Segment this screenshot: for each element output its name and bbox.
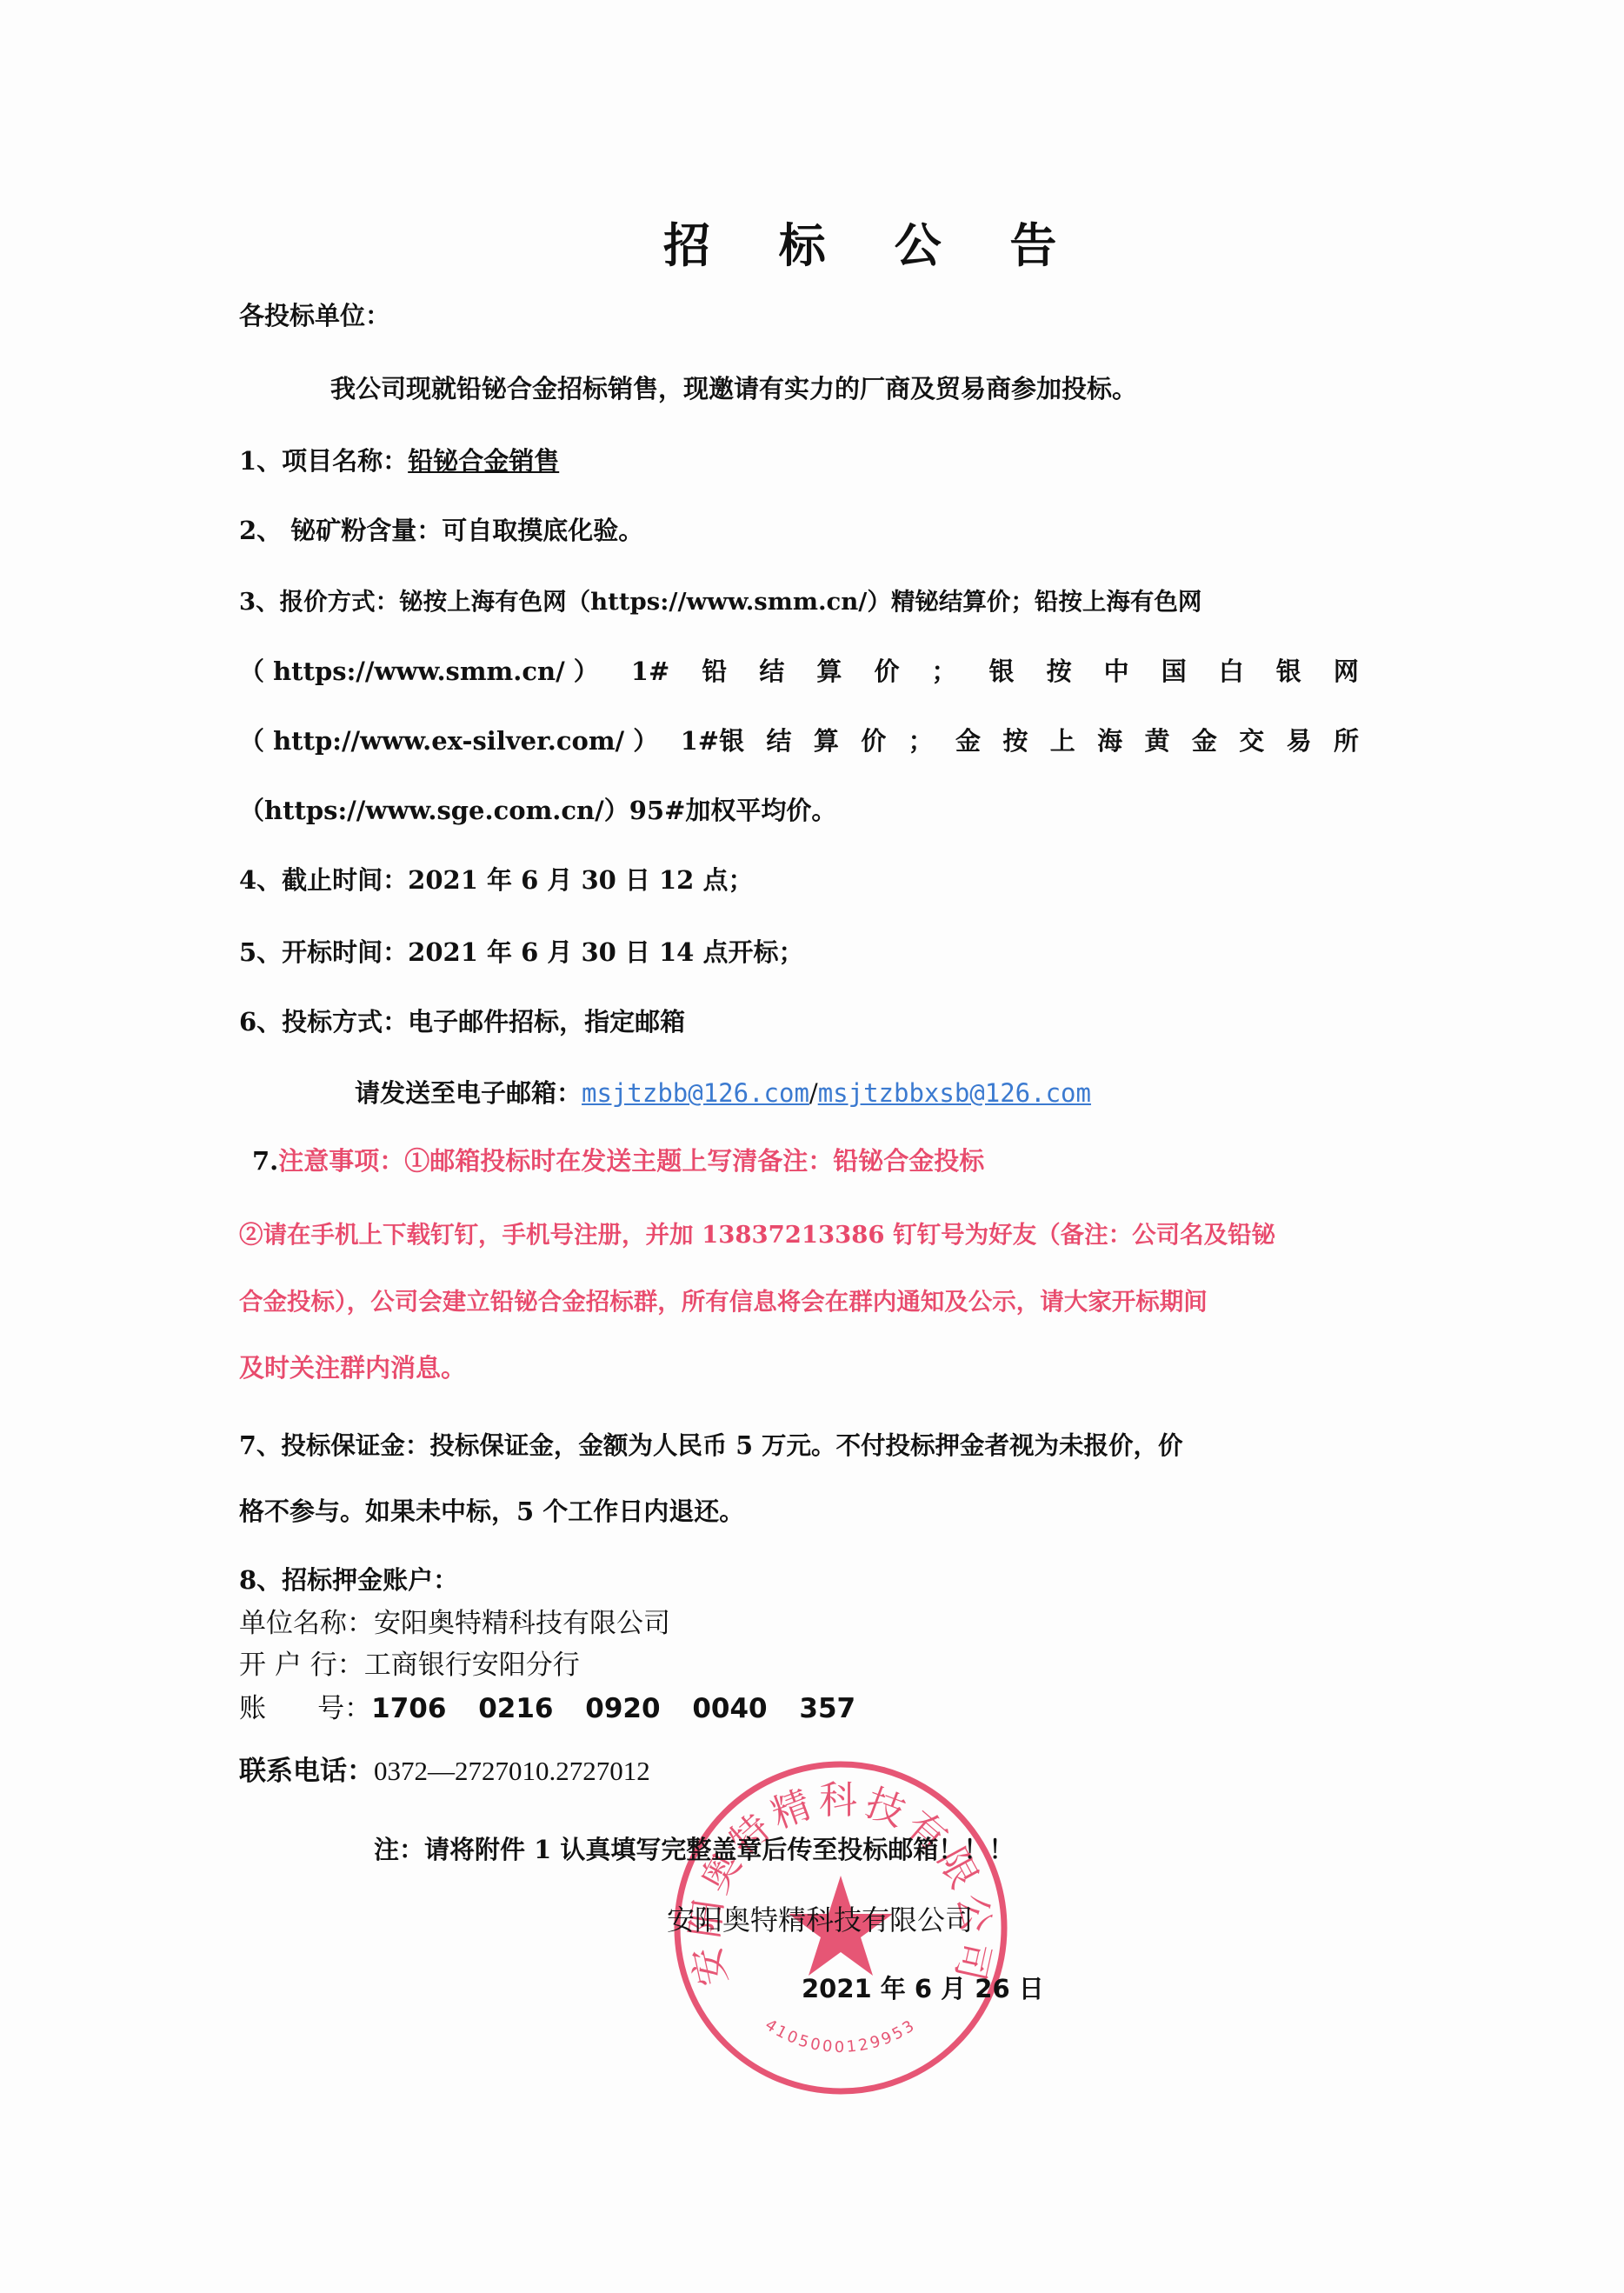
item-1: 1、项目名称：铅铋合金销售: [239, 445, 559, 477]
salutation: 各投标单位：: [239, 300, 390, 331]
unit-value: 安阳奥特精科技有限公司: [374, 1608, 670, 1639]
item-3-line-3: （ http://www.ex-silver.com/ ）1#银结算价；金按上海…: [239, 725, 1359, 757]
account-label: 账 号：: [239, 1693, 371, 1724]
notice-text-1: 注意事项：①邮箱投标时在发送主题上写清备注：铅铋合金投标: [278, 1146, 984, 1176]
item-3-line-4: （https://www.sge.com.cn/）95#加权平均价。: [239, 795, 836, 826]
svg-text:安阳奥特精科技有限公司: 安阳奥特精科技有限公司: [682, 1778, 998, 1990]
email-link-1[interactable]: msjtzbb@126.com: [582, 1078, 809, 1108]
item-3-line-2: （ https://www.smm.cn/ ）1#铅结算价；银按中国白银网: [239, 656, 1359, 687]
phone-value: 0372—2727010.2727012: [374, 1756, 650, 1786]
account-value: 1706 0216 0920 0040 357: [371, 1693, 855, 1724]
notice-line-3: 合金投标），公司会建立铅铋合金招标群，所有信息将会在群内通知及公示，请大家开标期…: [239, 1286, 1208, 1317]
item-5: 5、开标时间：2021 年 6 月 30 日 14 点开标；: [239, 937, 803, 968]
bank-value: 工商银行安阳分行: [364, 1650, 580, 1681]
notice-number: 7.: [252, 1146, 278, 1176]
item-2: 2、 铋矿粉含量：可自取摸底化验。: [239, 515, 643, 546]
closing-note: 注：请将附件 1 认真填写完整盖章后传至投标邮箱！！！: [374, 1834, 1014, 1865]
email-label: 请发送至电子邮箱：: [355, 1078, 582, 1108]
intro-paragraph: 我公司现就铅铋合金招标销售，现邀请有实力的厂商及贸易商参加投标。: [330, 373, 1137, 404]
item-7-line-2: 格不参与。如果未中标，5 个工作日内退还。: [239, 1496, 744, 1527]
svg-text:4105000129953: 4105000129953: [762, 2016, 920, 2056]
item-6: 6、投标方式：电子邮件招标，指定邮箱: [239, 1006, 685, 1037]
item-8: 8、招标押金账户：: [239, 1564, 458, 1596]
email-link-2[interactable]: msjtzbbxsb@126.com: [818, 1078, 1091, 1108]
notice-line-2: ②请在手机上下载钉钉，手机号注册，并加 13837213386 钉钉号为好友（备…: [239, 1219, 1275, 1250]
page-title: 招 标 公 告: [663, 209, 1082, 276]
phone-label: 联系电话：: [239, 1756, 374, 1787]
notice-line-1: 7.注意事项：①邮箱投标时在发送主题上写清备注：铅铋合金投标: [252, 1145, 984, 1176]
item-3-line-1: 3、报价方式：铋按上海有色网（https://www.smm.cn/）精铋结算价…: [239, 586, 1201, 617]
bank-label: 开 户 行：: [239, 1650, 364, 1681]
bank-row: 开 户 行：工商银行安阳分行: [239, 1650, 580, 1681]
item-1-label: 1、项目名称：: [239, 446, 408, 476]
unit-label: 单位名称：: [239, 1608, 374, 1639]
closing-company: 安阳奥特精科技有限公司: [667, 1904, 973, 1936]
email-line: 请发送至电子邮箱：msjtzbb@126.com/msjtzbbxsb@126.…: [355, 1077, 1091, 1109]
item-4: 4、截止时间：2021 年 6 月 30 日 12 点；: [239, 864, 753, 896]
account-row: 账 号：1706 0216 0920 0040 357: [239, 1693, 855, 1724]
unit-name-row: 单位名称：安阳奥特精科技有限公司: [239, 1608, 670, 1639]
phone-row: 联系电话：0372—2727010.2727012: [239, 1756, 650, 1787]
item-1-value: 铅铋合金销售: [408, 446, 559, 476]
item-7-line-1: 7、投标保证金：投标保证金，金额为人民币 5 万元。不付投标押金者视为未报价，价: [239, 1430, 1183, 1461]
email-separator: /: [809, 1078, 818, 1108]
notice-line-4: 及时关注群内消息。: [239, 1352, 466, 1383]
closing-date: 2021 年 6 月 26 日: [802, 1973, 1044, 2004]
